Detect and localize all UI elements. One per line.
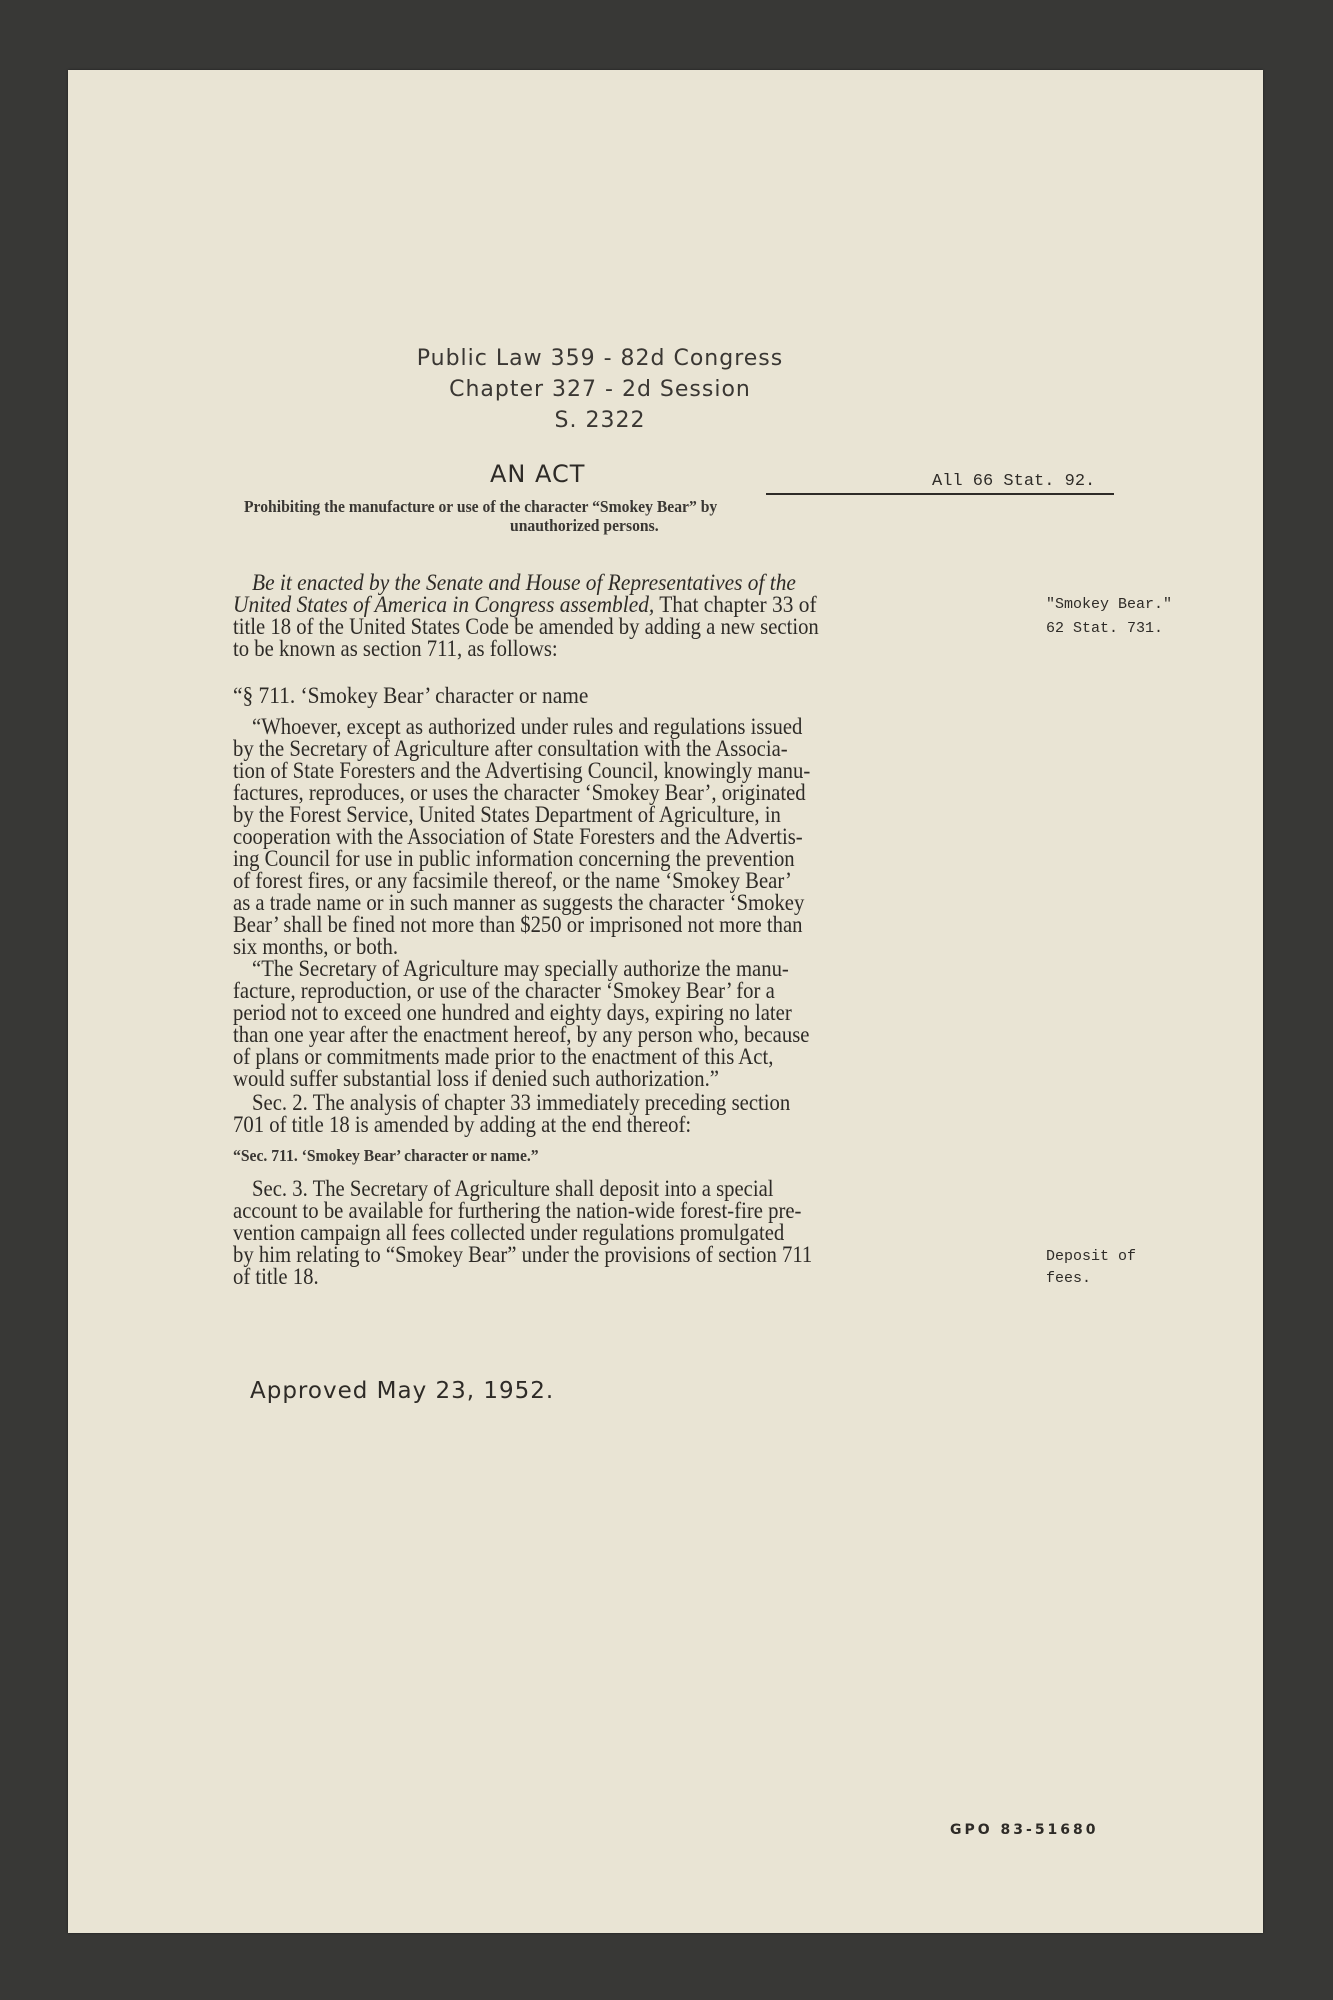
- act-subtitle-line1: Prohibiting the manufacture or use of th…: [244, 497, 717, 517]
- section-711-heading: “§ 711. ‘Smokey Bear’ character or name: [233, 683, 588, 709]
- stat-citation: All 66 Stat. 92.: [932, 472, 1095, 491]
- sec2-insert: “Sec. 711. ‘Smokey Bear’ character or na…: [233, 1146, 539, 1166]
- sec3-line: by him relating to “Smokey Bear” under t…: [233, 1242, 812, 1268]
- citation-rule: [766, 493, 1114, 495]
- public-law-heading: Public Law 359 - 82d Congress: [300, 346, 900, 371]
- margin-note-stat: 62 Stat. 731.: [1046, 620, 1163, 637]
- act-subtitle-line2: unauthorized persons.: [510, 516, 659, 536]
- approved-date: Approved May 23, 1952.: [250, 1378, 554, 1404]
- sec3-line: of title 18.: [233, 1264, 319, 1290]
- enacting-line4: to be known as section 711, as follows:: [233, 636, 558, 662]
- act-title: AN ACT: [490, 460, 585, 488]
- margin-note-deposit: Deposit of: [1046, 1248, 1136, 1265]
- margin-note-fees: fees.: [1046, 1270, 1091, 1287]
- gpo-footer: GPO 83-51680: [950, 1822, 1099, 1838]
- para2-line: would suffer substantial loss if denied …: [233, 1066, 719, 1092]
- chapter-heading: Chapter 327 - 2d Session: [300, 377, 900, 402]
- bill-number: S. 2322: [300, 408, 900, 433]
- margin-note-smokey-bear: "Smokey Bear.": [1046, 596, 1172, 613]
- sec2-line: 701 of title 18 is amended by adding at …: [233, 1112, 691, 1138]
